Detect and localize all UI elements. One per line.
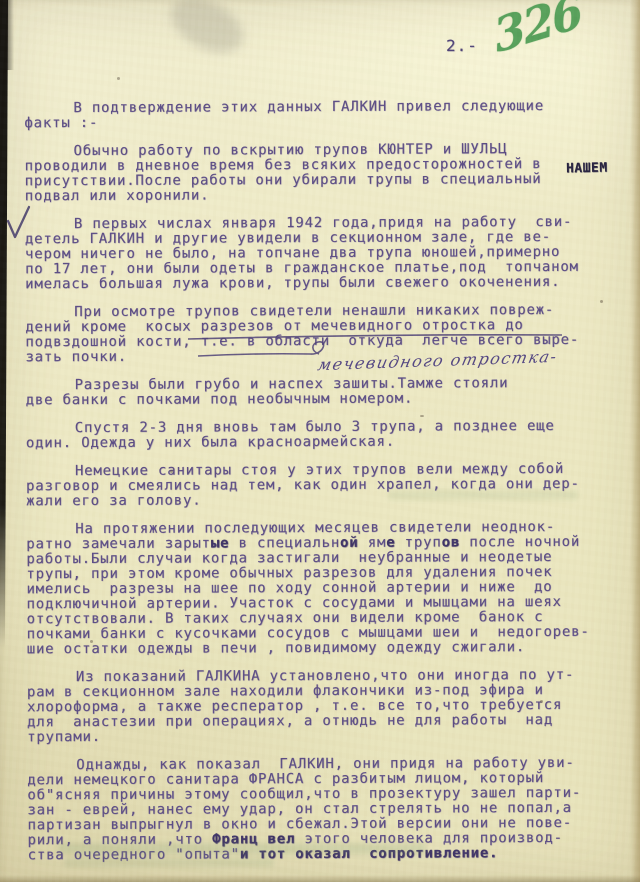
faded-stamp-mark xyxy=(58,843,426,854)
text-line: имелась большая лужа крови, трупы были с… xyxy=(25,275,617,293)
ink-speck xyxy=(420,415,424,417)
scan-edge-corner xyxy=(0,0,14,70)
typed-text: ям xyxy=(358,535,386,551)
text-line: присутствии.После работы они убирали тру… xyxy=(25,172,617,190)
paragraph: Немецкие санитары стоя у этих трупов вел… xyxy=(26,462,618,510)
text-line: факты :- xyxy=(24,114,616,132)
page-number: 2.- xyxy=(446,36,478,55)
text-line: для анастезии при операциях, а отнюдь не… xyxy=(27,713,619,731)
scanned-document-page: 326 2.- В подтверждение этих данных ГАЛК… xyxy=(0,0,640,882)
faded-stamp-mark xyxy=(64,858,274,867)
pencil-smudge xyxy=(162,0,252,64)
overtyped-bold-text: ой xyxy=(340,535,359,551)
ink-speck xyxy=(170,470,173,473)
text-line: один. Одежда у них была красноармейская. xyxy=(26,434,618,452)
faded-stamp-mark xyxy=(388,490,578,500)
typed-text: труп xyxy=(395,534,441,550)
paragraph: Спустя 2-3 дня вновь там было 3 трупа, а… xyxy=(26,419,618,452)
typed-text: в специальн xyxy=(229,535,340,551)
paragraph: Разрезы были грубо и наспех зашиты.Тамже… xyxy=(26,376,618,409)
archive-folio-number-handwritten: 326 xyxy=(490,0,613,63)
scan-edge-right xyxy=(630,0,640,882)
text-line: В подтверждение этих данных ГАЛКИН приве… xyxy=(24,99,616,117)
typed-text: после ночной xyxy=(460,534,580,551)
scan-edge-left xyxy=(0,0,8,648)
scan-edge-bottom xyxy=(0,875,640,882)
ink-speck xyxy=(117,77,120,80)
ink-speck xyxy=(90,640,93,643)
paragraph: На протяжении последующих месяцев свидет… xyxy=(26,520,619,658)
text-line: трупами. xyxy=(27,728,619,746)
overtyped-bold-text: е xyxy=(386,535,395,551)
text-line: подвал или хоронили. xyxy=(25,187,617,205)
margin-insertion-handwritten: НАШЕМ xyxy=(566,161,608,177)
paragraph: В подтверждение этих данных ГАЛКИН приве… xyxy=(24,99,616,132)
overtyped-bold-text: ые xyxy=(211,535,230,551)
text-line: шие остатки одежды в печи , повидимому о… xyxy=(27,640,619,658)
document-body: В подтверждение этих данных ГАЛКИН приве… xyxy=(24,99,619,877)
ink-speck xyxy=(600,300,603,303)
paragraph: В первых числах января 1942 года,придя н… xyxy=(25,215,617,293)
paragraph: Обычно работу по вскрытию трупов КЮНТЕР … xyxy=(24,142,616,205)
ink-speck xyxy=(540,700,543,703)
paragraph: Из показаний ГАЛКИНА установлено,что они… xyxy=(27,668,619,746)
overtyped-bold-text: ов xyxy=(442,534,461,550)
text-line: две банки с почками под необычным номеро… xyxy=(26,391,618,409)
